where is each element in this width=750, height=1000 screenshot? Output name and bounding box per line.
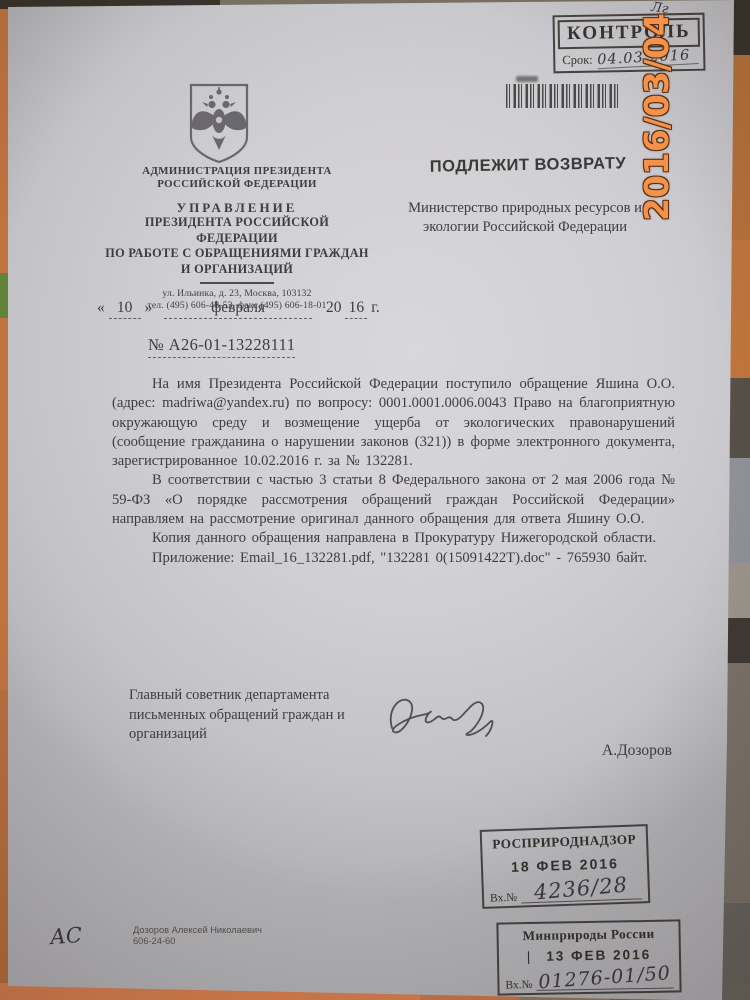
recipient-block: Министерство природных ресурсов и эколог… <box>388 199 662 236</box>
rosprirodnadzor-stamp-title: РОСПРИРОДНАДЗОР <box>488 831 640 852</box>
minprirody-in-label: Вх.№ <box>505 979 532 991</box>
recipient-line2: экологии Российской Федерации <box>388 218 662 237</box>
signer-position-line1: Главный советник департамента <box>129 686 379 706</box>
control-stamp-title: КОНТРОЛЬ <box>558 18 700 49</box>
paragraph-1: На имя Президента Российской Федерации п… <box>112 375 675 471</box>
letterhead-dept-line1: УПРАВЛЕНИЕ <box>103 200 371 215</box>
control-deadline-label: Срок: <box>562 53 593 69</box>
handwritten-initials: АС <box>49 923 83 949</box>
letterhead-divider <box>200 282 274 284</box>
minprirody-stamp-date: 13 ФЕВ 2016 <box>546 947 651 964</box>
date-line: « 10 » февраля 20 16 г. <box>97 299 380 319</box>
executor-name: Дозоров Алексей Николаевич <box>133 925 262 936</box>
minprirody-stamp-tick: | <box>527 949 533 964</box>
minprirody-stamp: Минприроды России |13 ФЕВ 2016 Вх.№ 0127… <box>496 919 681 995</box>
document-number: № А26-01-13228111 <box>148 335 295 358</box>
date-quote-open: « <box>97 299 105 316</box>
photo-of-document: КОНТРОЛЬ Срок: 04.03.2016 Лг АДМИНИСТРАЦ… <box>0 0 750 1000</box>
minprirody-stamp-title: Минприроды России <box>504 926 672 945</box>
letterhead-parent-org-line1: АДМИНИСТРАЦИЯ ПРЕЗИДЕНТА <box>103 165 371 178</box>
letterhead-dept-line4: И ОРГАНИЗАЦИЙ <box>103 262 371 278</box>
date-year: 16 <box>345 299 367 319</box>
letterhead-dept-line2: ПРЕЗИДЕНТА РОССИЙСКОЙ ФЕДЕРАЦИИ <box>103 215 371 246</box>
rosprirodnadzor-in-label: Вх.№ <box>490 892 518 905</box>
date-month: февраля <box>164 299 312 319</box>
executor-phone: 606-24-60 <box>133 936 262 947</box>
letterhead-parent-org-line2: РОССИЙСКОЙ ФЕДЕРАЦИИ <box>103 178 371 191</box>
rosprirodnadzor-stamp: РОСПРИРОДНАДЗОР 18 ФЕВ 2016 Вх.№ 4236/28 <box>480 824 651 909</box>
camera-timestamp: 2016/03/04 <box>637 51 676 221</box>
paragraph-2: В соответствии с частью 3 статьи 8 Федер… <box>112 471 675 529</box>
letterhead-dept-line3: ПО РАБОТЕ С ОБРАЩЕНИЯМИ ГРАЖДАН <box>103 246 371 262</box>
paragraph-3: Копия данного обращения направлена в Про… <box>112 529 675 548</box>
barcode <box>506 84 619 108</box>
date-quote-close: » <box>145 299 153 316</box>
coat-of-arms-icon <box>183 82 255 165</box>
recipient-line1: Министерство природных ресурсов и <box>388 199 662 218</box>
letterhead: АДМИНИСТРАЦИЯ ПРЕЗИДЕНТА РОССИЙСКОЙ ФЕДЕ… <box>103 165 371 311</box>
control-stamp: КОНТРОЛЬ Срок: 04.03.2016 <box>553 13 706 74</box>
date-suffix: г. <box>371 299 379 316</box>
date-century: 20 <box>326 299 342 316</box>
handwritten-signature <box>378 686 510 752</box>
rosprirodnadzor-in-number-handwritten: 4236/28 <box>533 872 629 904</box>
signer-position-line2: письменных обращений граждан и <box>129 706 379 726</box>
signer-position-line3: организаций <box>129 725 379 745</box>
minprirody-in-number-handwritten: 01276-01/50 <box>538 962 672 993</box>
signer-position: Главный советник департамента письменных… <box>129 686 379 745</box>
letter-body: На имя Президента Российской Федерации п… <box>112 375 675 568</box>
barcode-caption-smudge <box>516 76 538 82</box>
date-day: 10 <box>109 299 141 319</box>
signer-name: А.Дозоров <box>556 742 672 760</box>
letterhead-address: ул. Ильинка, д. 23, Москва, 103132 <box>103 288 371 300</box>
executor-block: Дозоров Алексей Николаевич 606-24-60 <box>133 925 262 947</box>
paragraph-4: Приложение: Email_16_132281.pdf, "132281… <box>112 549 675 568</box>
